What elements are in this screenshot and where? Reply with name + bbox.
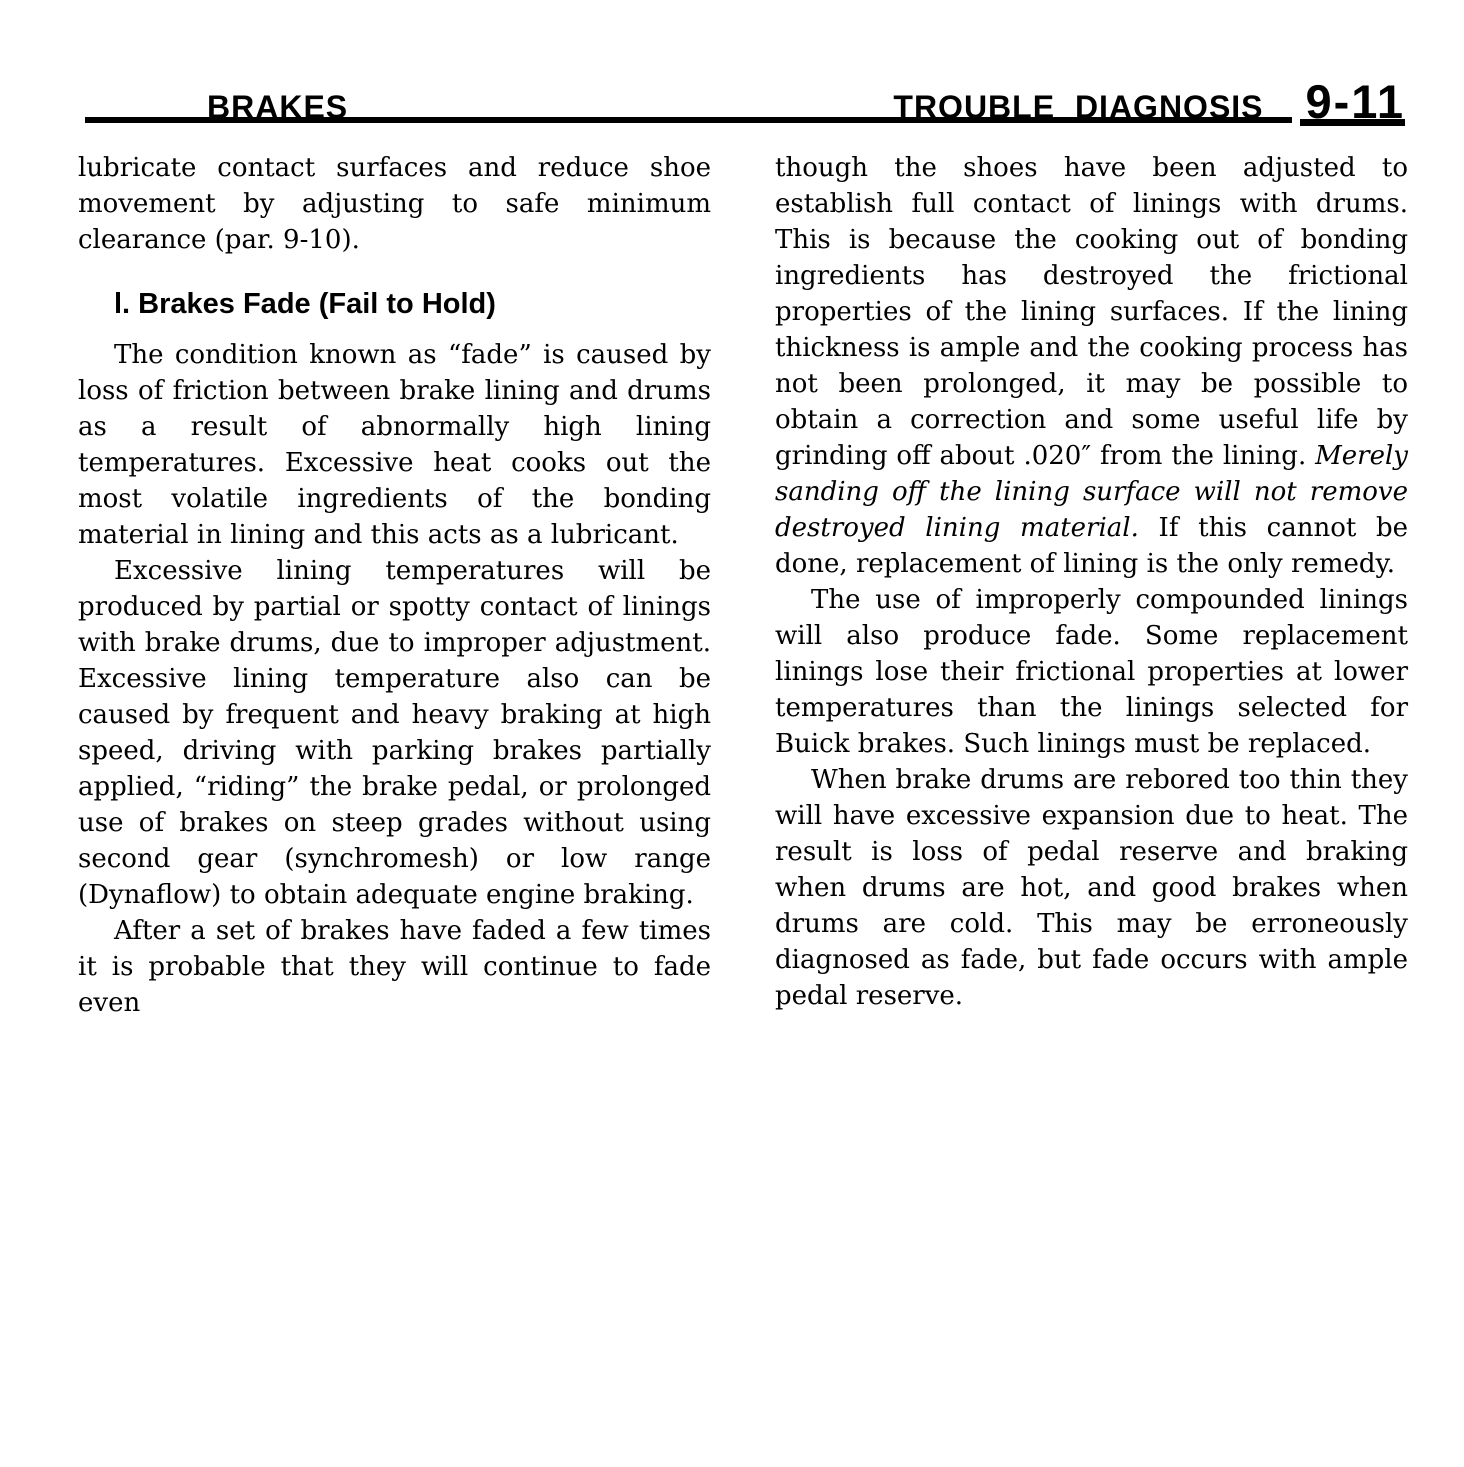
paragraph: Excessive lining temperatures will be pr… bbox=[78, 553, 711, 913]
left-column: lubricate contact surfaces and reduce sh… bbox=[78, 150, 711, 1021]
page-content: lubricate contact surfaces and reduce sh… bbox=[78, 150, 1408, 1021]
paragraph-text: though the shoes have been adjusted to e… bbox=[775, 153, 1408, 471]
paragraph: The condition known as “fade” is caused … bbox=[78, 337, 711, 553]
paragraph: When brake drums are rebored too thin th… bbox=[775, 762, 1408, 1014]
paragraph: The use of improperly compounded linings… bbox=[775, 582, 1408, 762]
paragraph-continuation: lubricate contact surfaces and reduce sh… bbox=[78, 150, 711, 258]
paragraph-continuation: though the shoes have been adjusted to e… bbox=[775, 150, 1408, 582]
page-number-underline bbox=[1300, 119, 1405, 126]
section-heading: l. Brakes Fade (Fail to Hold) bbox=[114, 288, 711, 320]
paragraph: After a set of brakes have faded a few t… bbox=[78, 913, 711, 1021]
header-rule bbox=[85, 117, 1292, 123]
manual-page: BRAKES TROUBLE DIAGNOSIS 9-11 lubricate … bbox=[0, 0, 1464, 1467]
right-column: though the shoes have been adjusted to e… bbox=[775, 150, 1408, 1021]
